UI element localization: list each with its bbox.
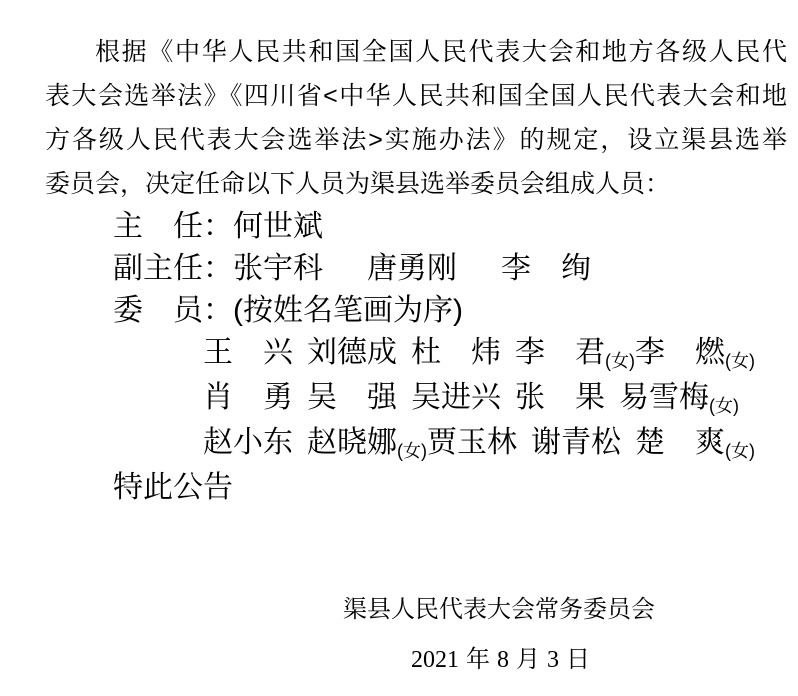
signature-line: 渠县人民代表大会常务委员会 (343, 585, 655, 635)
chairman-colon: ： (203, 206, 233, 248)
member-name: 李 燃 (635, 336, 725, 369)
intro-paragraph: 根据《中华人民共和国全国人民代表大会和地方各级人民代 表大会选举法》《四川省<中… (45, 30, 787, 206)
date-line: 2021年8月3日 (343, 635, 655, 685)
member-row: 肖 勇 吴 强 吴进兴 张 果 易雪梅(女) (203, 377, 787, 422)
announcement-document: 根据《中华人民共和国全国人民代表大会和地方各级人民代 表大会选举法》《四川省<中… (0, 0, 798, 685)
member-cell: 张 果 (515, 377, 619, 422)
member-cell: 谢青松 (531, 422, 635, 467)
member-cell: 杜 炜 (411, 332, 515, 377)
date-year: 2021 (411, 647, 459, 673)
members-colon: ： (203, 290, 233, 332)
date-year-unit: 年 (466, 646, 490, 673)
member-name: 刘德成 (307, 336, 397, 369)
vice-chairman-name: 唐勇刚 (367, 248, 457, 290)
date-month-unit: 月 (516, 646, 540, 673)
member-gender-suffix: (女) (725, 441, 755, 461)
chairman-label: 主 任 (113, 206, 203, 248)
member-cell: 肖 勇 (203, 377, 307, 422)
member-gender-suffix: (女) (397, 441, 427, 461)
member-name: 赵晓娜 (307, 426, 397, 459)
vice-chairman-label: 副主任 (113, 248, 203, 290)
members-label: 委 员 (113, 290, 203, 332)
member-cell: 赵小东 (203, 422, 307, 467)
paragraph-line: 表大会选举法》《四川省<中华人民共和国全国人民代表大会和地 (45, 74, 787, 118)
paragraph-line: 根据《中华人民共和国全国人民代表大会和地方各级人民代 (45, 30, 787, 74)
member-gender-suffix: (女) (605, 351, 635, 371)
member-name: 谢青松 (531, 426, 621, 459)
member-gender-suffix: (女) (725, 351, 755, 371)
date-month: 8 (497, 647, 509, 673)
member-cell: 李 君(女) (515, 332, 635, 377)
chairman-name: 何世斌 (233, 210, 323, 243)
member-cell: 刘德成 (307, 332, 411, 377)
member-name: 赵小东 (203, 426, 293, 459)
member-name: 肖 勇 (203, 381, 293, 414)
member-cell: 贾玉林 (427, 422, 531, 467)
member-name: 王 兴 (203, 336, 293, 369)
member-name: 贾玉林 (427, 426, 517, 459)
paragraph-line: 委员会，决定任命以下人员为渠县选举委员会组成人员： (45, 162, 787, 206)
member-gender-suffix: (女) (709, 396, 739, 416)
members-sort-note: (按姓名笔画为序) (233, 294, 463, 327)
date-day: 3 (547, 647, 559, 673)
chairman-line: 主 任：何世斌 (113, 206, 787, 248)
roster-section: 主 任：何世斌 副主任：张宇科唐勇刚李 绚 委 员：(按姓名笔画为序) 王 兴 … (45, 206, 787, 509)
member-cell: 易雪梅(女) (619, 377, 739, 422)
closing-line: 特此公告 (113, 467, 787, 509)
vice-chairman-colon: ： (203, 248, 233, 290)
member-cell: 楚 爽(女) (635, 422, 755, 467)
signature-block: 渠县人民代表大会常务委员会 2021年8月3日 (343, 585, 655, 685)
member-cell: 李 燃(女) (635, 332, 755, 377)
vice-chairman-name: 李 绚 (501, 248, 591, 290)
member-cell: 吴进兴 (411, 377, 515, 422)
member-cell: 赵晓娜(女) (307, 422, 427, 467)
member-name: 楚 爽 (635, 426, 725, 459)
member-row: 赵小东 赵晓娜(女) 贾玉林 谢青松 楚 爽(女) (203, 422, 787, 467)
vice-chairman-line: 副主任：张宇科唐勇刚李 绚 (113, 248, 787, 290)
member-name: 吴 强 (307, 381, 397, 414)
member-name: 李 君 (515, 336, 605, 369)
member-name: 杜 炜 (411, 336, 501, 369)
member-name: 张 果 (515, 381, 605, 414)
paragraph-line: 方各级人民代表大会选举法>实施办法》的规定，设立渠县选举 (45, 118, 787, 162)
date-day-unit: 日 (566, 646, 590, 673)
vice-chairman-names: 张宇科唐勇刚李 绚 (233, 248, 591, 290)
member-cell: 吴 强 (307, 377, 411, 422)
member-name: 易雪梅 (619, 381, 709, 414)
member-cell: 王 兴 (203, 332, 307, 377)
member-name: 吴进兴 (411, 381, 501, 414)
member-row: 王 兴 刘德成 杜 炜 李 君(女) 李 燃(女) (203, 332, 787, 377)
vice-chairman-name: 张宇科 (233, 248, 323, 290)
members-line: 委 员：(按姓名笔画为序) (113, 290, 787, 332)
